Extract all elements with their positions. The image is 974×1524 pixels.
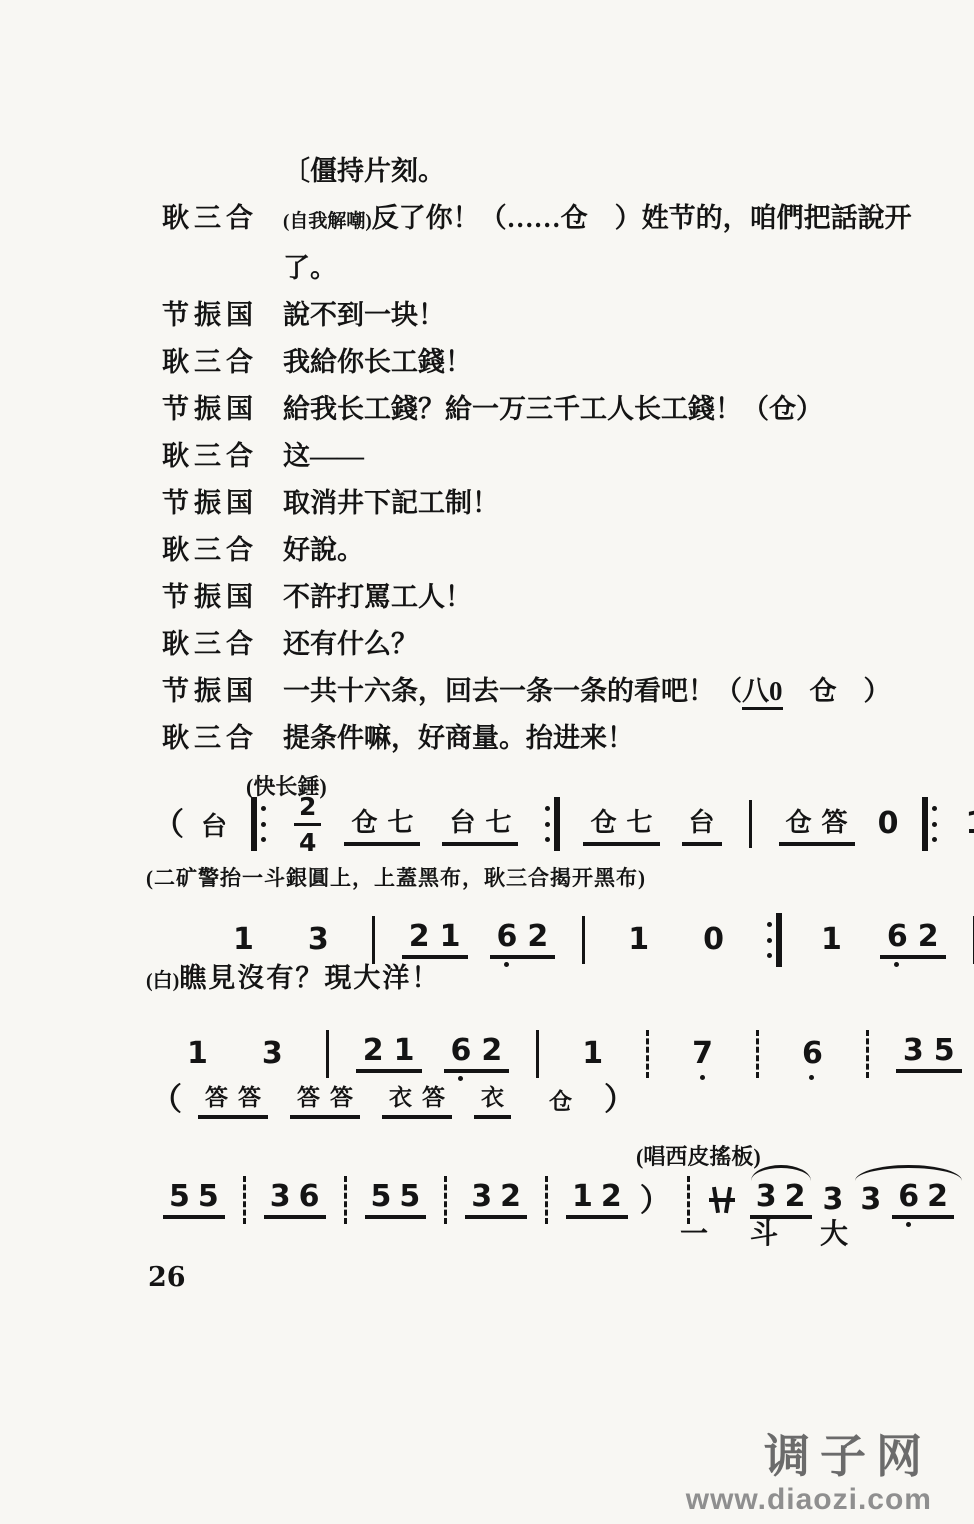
note: 7 [692, 1039, 713, 1069]
percussion-note: 仓 [590, 802, 616, 839]
dialogue-segment: 提条件嘛，好商量。抬进来！ [283, 723, 634, 753]
spoken-prefix: (白) [146, 970, 179, 992]
beam-group: 62 [892, 1182, 954, 1219]
time-signature-denominator: 4 [299, 830, 316, 855]
beam-group: 仓答 [779, 802, 855, 846]
dialogue-segment: 不許打罵工人！ [283, 582, 472, 612]
dialogue-row: 节振国給我长工錢？給一万三千工人长工錢！（仓） [162, 386, 938, 433]
note: 1 [440, 922, 461, 952]
note: 2 [601, 1182, 622, 1212]
repeat-dot [261, 822, 266, 827]
note: 5 [399, 1182, 420, 1212]
lyrics-line: 一斗大 [680, 1212, 848, 1252]
speaker-name: 耿三合 [162, 715, 283, 762]
dialogue-text: 这—— [283, 433, 938, 480]
percussion-note: 七 [627, 802, 653, 839]
note: 2 [785, 1182, 806, 1212]
beam-group: 36 [264, 1182, 326, 1219]
repeat-thick-bar [922, 797, 928, 851]
beam-group: 答答 [290, 1079, 360, 1119]
dialogue-row: 〔僵持片刻。 [162, 148, 938, 195]
dialogue-segment: 这—— [283, 441, 364, 471]
note: 1 [821, 925, 842, 955]
dialogue-text-line: 还有什么？ [283, 621, 938, 668]
dialogue-text: 提条件嘛，好商量。抬进来！ [283, 715, 938, 762]
barline [536, 1030, 539, 1078]
note: 0 [703, 925, 724, 955]
dialogue-text-line: 不許打罵工人！ [283, 574, 938, 621]
note: 1 [187, 1039, 208, 1069]
repeat-end-sign [541, 797, 560, 851]
free-meter-mark [710, 1186, 734, 1214]
dialogue-row: 耿三合还有什么？ [162, 621, 938, 668]
note: 2 [527, 922, 548, 952]
percussion-note: 答 [205, 1079, 228, 1112]
beam-group: 12 [566, 1182, 628, 1219]
dashed-barline [444, 1176, 447, 1224]
note: 1 [572, 1182, 593, 1212]
dialogue-text-line: 提条件嘛，好商量。抬进来！ [283, 715, 938, 762]
watermark-site-name: 调子网 [686, 1430, 932, 1483]
parenthesis: （ [151, 1084, 182, 1115]
speaker-name: 耿三合 [162, 527, 283, 574]
scanned-score-page: 〔僵持片刻。耿三合(自我解嘲)反了你！（……仓 ）姓节的，咱們把話說开了。节振国… [0, 0, 974, 1524]
dialogue-text-line: 取消井下記工制！ [283, 480, 938, 527]
note: 3 [756, 1182, 777, 1212]
percussion-note: 台 [689, 802, 715, 839]
repeat-start-sign [922, 797, 941, 851]
time-signature: 24 [294, 794, 321, 855]
percussion-note: 答 [822, 802, 848, 839]
watermark: 调子网 www.diaozi.com [686, 1430, 932, 1516]
lyric-syllable: 一 [680, 1212, 708, 1252]
speaker-name: 节振国 [162, 480, 283, 527]
note: 2 [409, 922, 430, 952]
dialogue-row: 耿三合这—— [162, 433, 938, 480]
dialogue-segment: 仓 ） [783, 676, 891, 706]
beam-group: 35 [896, 1036, 962, 1073]
percussion-cue-underlined: 八0 [742, 676, 783, 710]
beam-group: 55 [365, 1182, 427, 1219]
beam-group: 仓七 [344, 802, 420, 846]
dashed-barline [646, 1030, 649, 1078]
note: 1 [394, 1036, 415, 1066]
note: 5 [371, 1182, 392, 1212]
note: 3 [270, 1182, 291, 1212]
note: 2 [918, 922, 939, 952]
dialogue-text: (自我解嘲)反了你！（……仓 ）姓节的，咱們把話說开了。 [283, 195, 938, 292]
speaker-name: 耿三合 [162, 339, 283, 386]
dashed-barline [344, 1176, 347, 1224]
dialogue-text-line: 好說。 [283, 527, 938, 574]
dialogue-text-line: 給我长工錢？給一万三千工人长工錢！（仓） [283, 386, 938, 433]
repeat-dot [932, 806, 937, 811]
dialogue-segment: (自我解嘲) [283, 211, 372, 232]
beam-group: 仓七 [583, 802, 659, 846]
dialogue-segment: 取消井下記工制！ [283, 488, 499, 518]
beam-group: 答答 [198, 1079, 268, 1119]
beam-group: 台 [682, 802, 722, 846]
repeat-dot [932, 822, 937, 827]
dialogue-text-line: (自我解嘲)反了你！（……仓 ）姓节的，咱們把話說开 [283, 195, 938, 245]
dialogue-row: 节振国不許打罵工人！ [162, 574, 938, 621]
dialogue-segment: 一共十六条，回去一条一条的看吧！（ [283, 676, 742, 706]
spoken-text: 瞧見沒有？現大洋！ [179, 963, 440, 993]
note: 3 [262, 1039, 283, 1069]
dialogue-row: 耿三合我給你长工錢！ [162, 339, 938, 386]
dialogue-text: 〔僵持片刻。 [283, 148, 938, 195]
dialogue-text-line: 我給你长工錢！ [283, 339, 938, 386]
beam-group: 32 [465, 1182, 527, 1219]
repeat-start-sign [251, 797, 270, 851]
watermark-site-url: www.diaozi.com [686, 1483, 932, 1516]
speaker-name: 节振国 [162, 574, 283, 621]
speaker-name: 节振国 [162, 386, 283, 433]
dialogue-text-line: 說不到一块！ [283, 292, 938, 339]
dashed-barline [545, 1176, 548, 1224]
note: 3 [823, 1185, 844, 1215]
note: 3 [860, 1185, 881, 1215]
dialogue-segment: 好說。 [283, 535, 364, 565]
dialogue-row: 耿三合好說。 [162, 527, 938, 574]
dashed-barline [243, 1176, 246, 1224]
speaker-name: 节振国 [162, 292, 283, 339]
beam-group: 21 [356, 1036, 422, 1073]
slur-group: 362 [854, 1182, 963, 1219]
repeat-dot [261, 806, 266, 811]
beam-group: 21 [402, 922, 468, 959]
note: 2 [363, 1036, 384, 1066]
beam-group: 62 [880, 922, 946, 959]
percussion-note: 仓 [549, 1083, 572, 1116]
dialogue-segment: 〔僵持片刻。 [283, 156, 445, 186]
percussion-note: 答 [297, 1079, 320, 1112]
beam-group: 衣答 [382, 1079, 452, 1119]
note: 3 [471, 1182, 492, 1212]
note: 6 [497, 922, 518, 952]
beam-group: 台七 [442, 802, 518, 846]
dialogue-segment: 了。 [283, 253, 337, 283]
note: 1 [582, 1039, 603, 1069]
note: 3 [308, 925, 329, 955]
note: 0 [878, 809, 899, 839]
percussion-note: 衣 [389, 1079, 412, 1112]
beam-group: 62 [444, 1036, 510, 1073]
percussion-note: 七 [387, 802, 413, 839]
dialogue-text-line: 了。 [283, 245, 938, 292]
percussion-note: 答 [330, 1079, 353, 1112]
repeat-dot [261, 837, 266, 842]
note: 2 [481, 1036, 502, 1066]
repeat-dot [545, 837, 550, 842]
speaker-name: 节振国 [162, 668, 283, 715]
barline [749, 800, 752, 848]
aria-type-label: (唱西皮搖板) [636, 1140, 761, 1171]
note: 5 [169, 1182, 190, 1212]
beam-group: 衣 [474, 1079, 511, 1119]
repeat-dot [767, 922, 772, 927]
repeat-dots [767, 922, 772, 958]
note: 2 [500, 1182, 521, 1212]
dialogue-block: 〔僵持片刻。耿三合(自我解嘲)反了你！（……仓 ）姓节的，咱們把話說开了。节振国… [162, 148, 938, 762]
dialogue-text: 不許打罵工人！ [283, 574, 938, 621]
parenthesis: （ [153, 809, 184, 840]
repeat-end-sign [763, 913, 782, 967]
dialogue-text: 一共十六条，回去一条一条的看吧！（八0 仓 ） [283, 668, 938, 715]
repeat-dot [545, 806, 550, 811]
note: 6 [299, 1182, 320, 1212]
repeat-dot [545, 822, 550, 827]
note: 1 [628, 925, 649, 955]
speaker-name: 耿三合 [162, 433, 283, 480]
speaker-name: 耿三合 [162, 621, 283, 668]
percussion-note: 台 [449, 802, 475, 839]
parenthesis: ） [640, 1185, 671, 1216]
percussion-note: 仓 [786, 802, 812, 839]
lyric-syllable: 大 [820, 1212, 848, 1252]
dialogue-row: 耿三合提条件嘛，好商量。抬进来！ [162, 715, 938, 762]
beam-group: 62 [490, 922, 556, 959]
free-meter-stroke [709, 1198, 735, 1202]
percussion-note: 答 [238, 1079, 261, 1112]
repeat-dot [767, 953, 772, 958]
dialogue-segment: 說不到一块！ [283, 300, 445, 330]
dialogue-segment: 还有什么？ [283, 629, 418, 659]
page-number: 26 [148, 1262, 186, 1293]
dialogue-row: 节振国說不到一块！ [162, 292, 938, 339]
dialogue-segment: 我給你长工錢！ [283, 347, 472, 377]
dialogue-text: 取消井下記工制！ [283, 480, 938, 527]
dialogue-row: 耿三合(自我解嘲)反了你！（……仓 ）姓节的，咱們把話說开了。 [162, 195, 938, 292]
dialogue-text-line: 一共十六条，回去一条一条的看吧！（八0 仓 ） [283, 668, 938, 715]
dialogue-text-line: 〔僵持片刻。 [283, 148, 938, 195]
note: 6 [898, 1182, 919, 1212]
dialogue-text: 說不到一块！ [283, 292, 938, 339]
percussion-note: 台 [201, 806, 227, 843]
dialogue-text: 还有什么？ [283, 621, 938, 668]
repeat-dots [261, 806, 266, 842]
note: 3 [903, 1036, 924, 1066]
dialogue-text: 好說。 [283, 527, 938, 574]
dialogue-segment: 給我长工錢？給一万三千工人长工錢！（仓） [283, 394, 823, 424]
percussion-note: 仓 [351, 802, 377, 839]
stage-direction: (二矿警抬一斗銀圓上，上蓋黑布，耿三合揭开黑布) [146, 862, 646, 892]
spoken-line: (白)瞧見沒有？現大洋！ [146, 956, 440, 995]
percussion-note: 七 [485, 802, 511, 839]
lyric-syllable: 斗 [750, 1212, 778, 1252]
note: 5 [198, 1182, 219, 1212]
repeat-thick-bar [776, 913, 782, 967]
barline [326, 1030, 329, 1078]
dialogue-row: 节振国取消井下記工制！ [162, 480, 938, 527]
percussion-note: 衣 [481, 1079, 504, 1112]
dashed-barline [866, 1030, 869, 1078]
parenthesis: ） [604, 1084, 635, 1115]
barline [582, 916, 585, 964]
note: 1 [965, 809, 974, 839]
dialogue-segment: 反了你！（……仓 ）姓节的，咱們把話說开 [372, 203, 912, 233]
note: 6 [451, 1036, 472, 1066]
time-signature-numerator: 2 [294, 794, 321, 826]
note: 2 [927, 1182, 948, 1212]
note: 6 [887, 922, 908, 952]
music-line-1: （台24仓七台七仓七台仓答0162 [148, 792, 974, 856]
dialogue-text: 我給你长工錢！ [283, 339, 938, 386]
dialogue-row: 节振国一共十六条，回去一条一条的看吧！（八0 仓 ） [162, 668, 938, 715]
note: 1 [233, 925, 254, 955]
percussion-note: 答 [422, 1079, 445, 1112]
dialogue-text-line: 这—— [283, 433, 938, 480]
note: 5 [934, 1036, 955, 1066]
repeat-dot [932, 837, 937, 842]
repeat-thick-bar [251, 797, 257, 851]
speaker-name: 耿三合 [162, 195, 283, 242]
dialogue-text: 給我长工錢？給一万三千工人长工錢！（仓） [283, 386, 938, 433]
repeat-dots [545, 806, 550, 842]
beam-group: 55 [163, 1182, 225, 1219]
repeat-dots [932, 806, 937, 842]
repeat-dot [767, 938, 772, 943]
note: 6 [802, 1039, 823, 1069]
percussion-syllable-line: （答答答答衣答衣仓） [146, 1072, 640, 1126]
dashed-barline [756, 1030, 759, 1078]
repeat-thick-bar [554, 797, 560, 851]
